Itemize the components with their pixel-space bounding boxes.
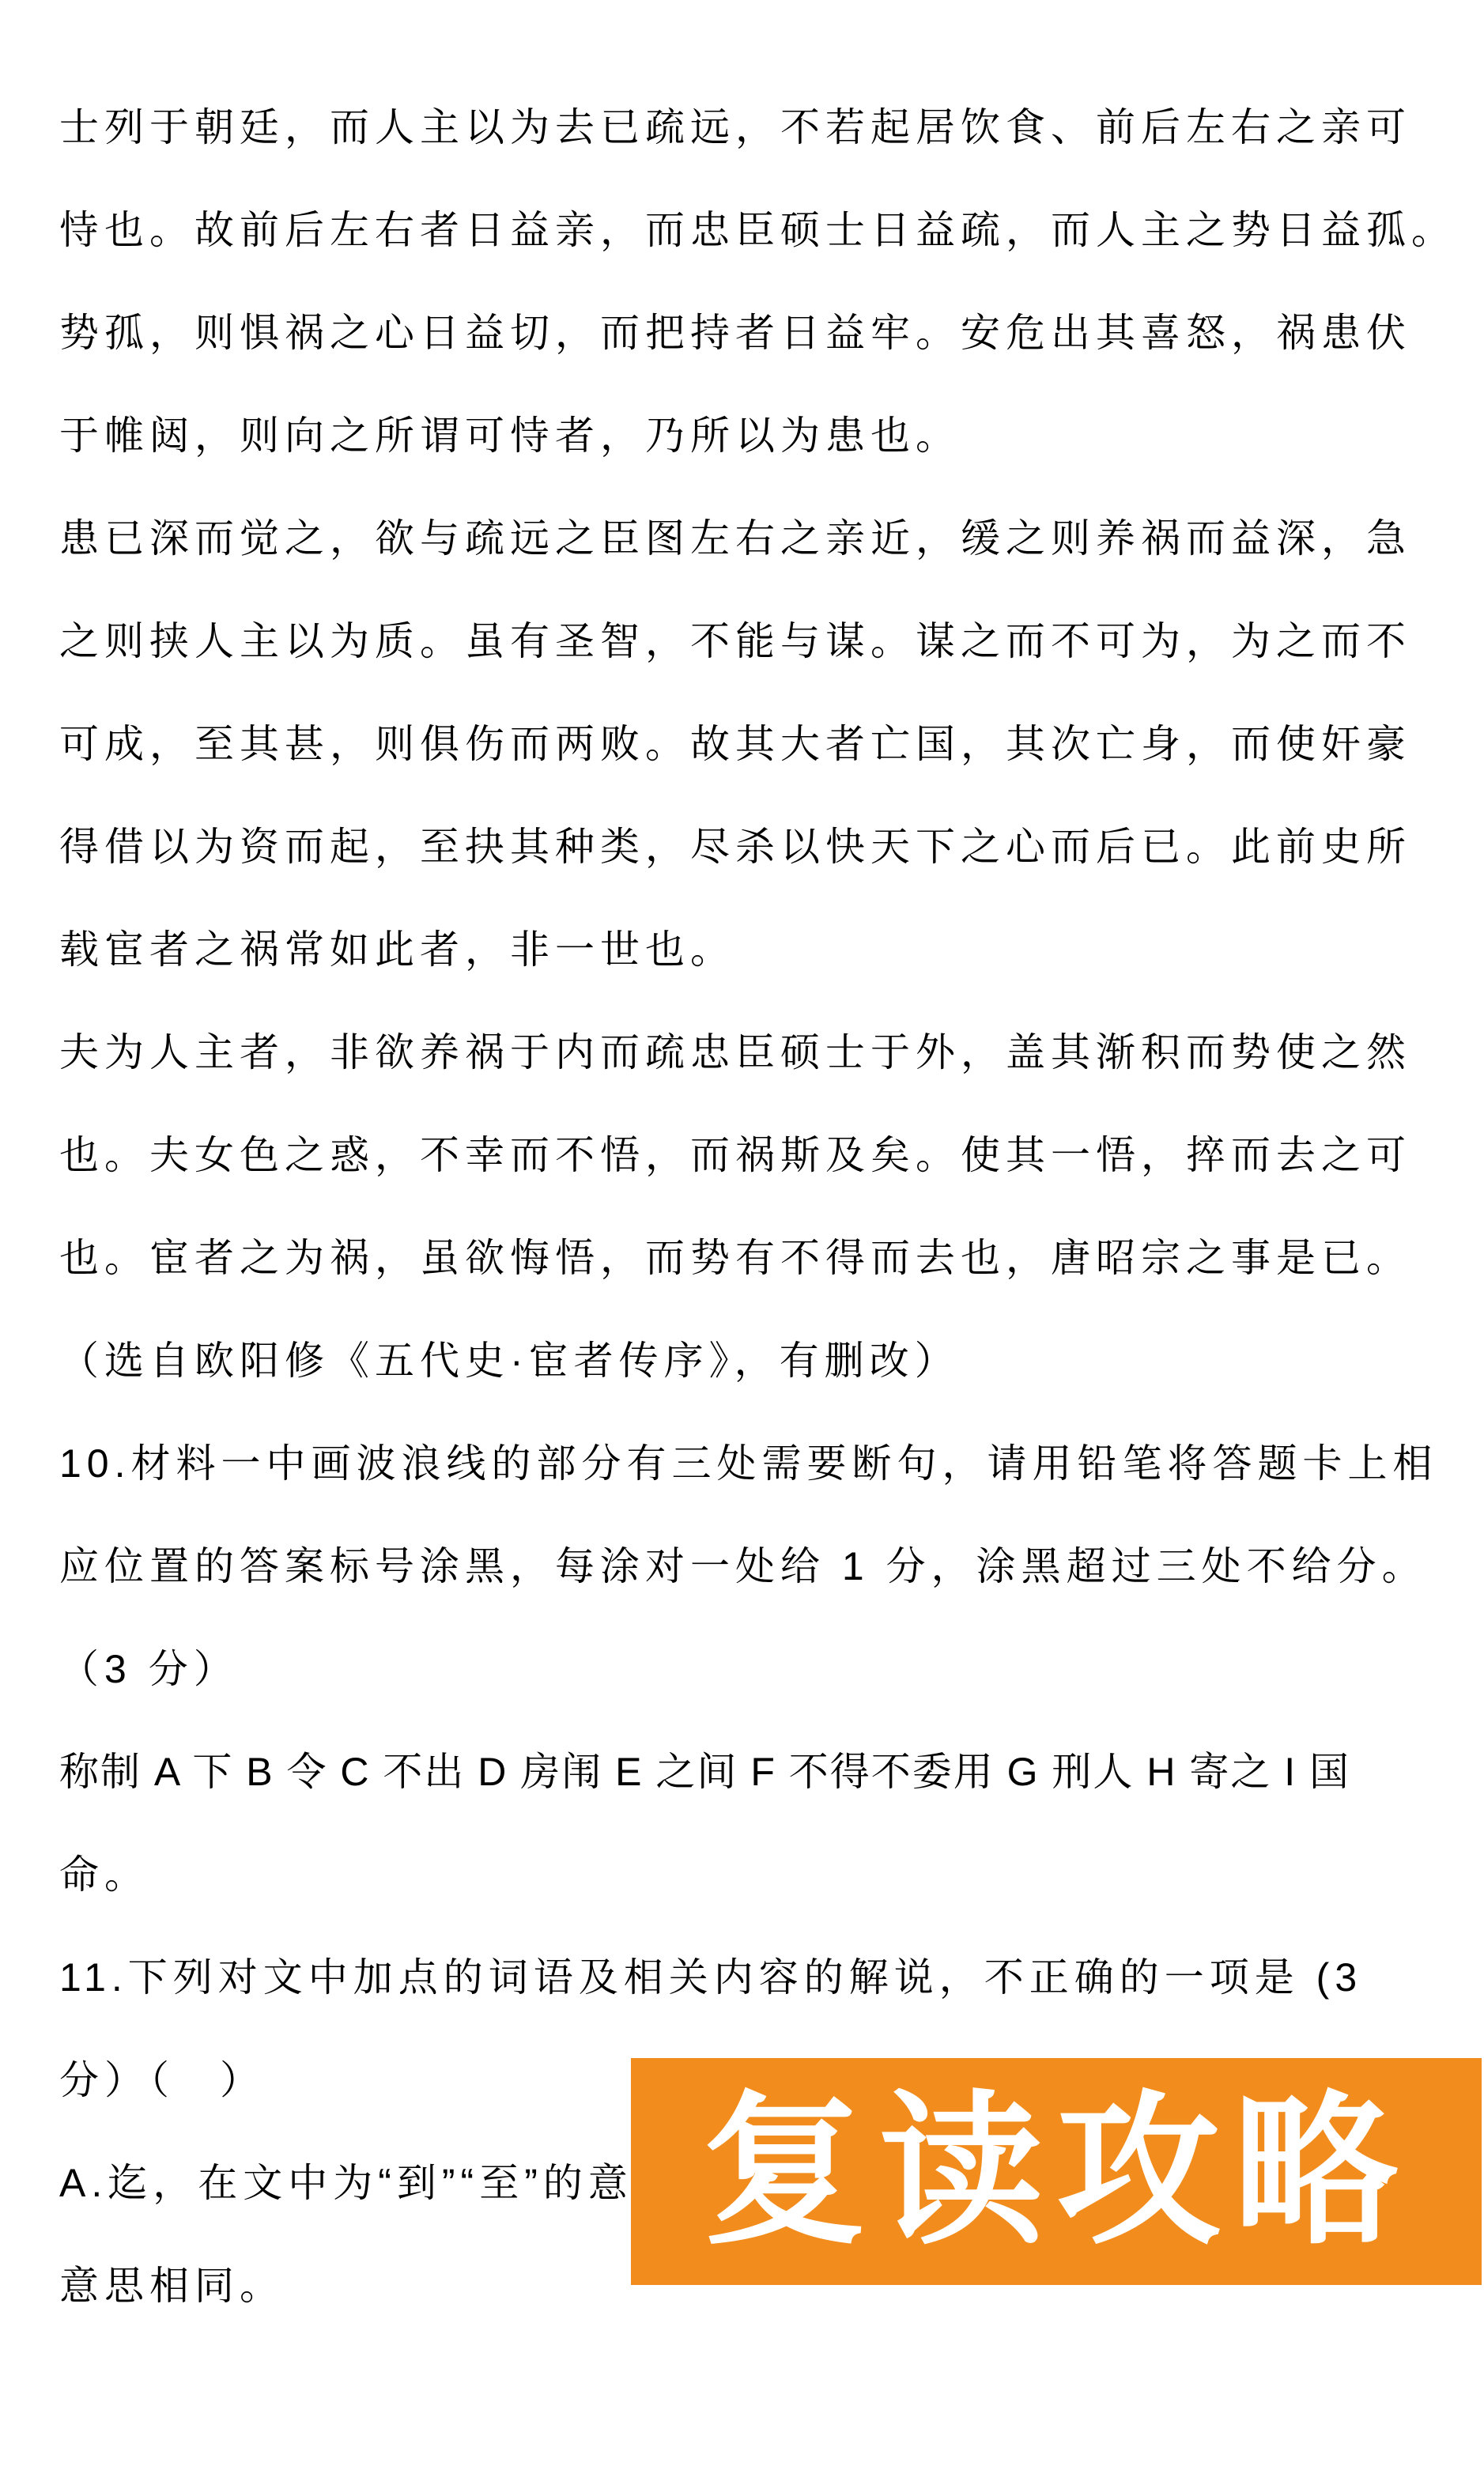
question-11-line: 11.下列对文中加点的词语及相关内容的解说，不正确的一项是 (3 [59, 1926, 1437, 2029]
text-line: 势孤，则惧祸之心日益切，而把持者日益牢。安危出其喜怒，祸患伏 [59, 281, 1437, 384]
text-line: 士列于朝廷，而人主以为去已疏远，不若起居饮食、前后左右之亲可 [59, 76, 1437, 179]
sentence-segmentation-line: 命。 [59, 1823, 1437, 1926]
text-line: 得借以为资而起，至抉其种类，尽杀以快天下之心而后已。此前史所 [59, 795, 1437, 898]
sentence-segmentation-line: 称制 A 下 B 令 C 不出 D 房闱 E 之间 F 不得不委用 G 刑人 H… [59, 1720, 1437, 1823]
promo-banner-label: 复读攻略 [702, 2090, 1410, 2254]
source-note-line: （选自欧阳修《五代史·宦者传序》，有删改） [59, 1309, 1437, 1412]
passage-text-block: 士列于朝廷，而人主以为去已疏远，不若起居饮食、前后左右之亲可 恃也。故前后左右者… [59, 76, 1437, 2337]
question-10-line: （3 分） [59, 1618, 1437, 1720]
text-line: 于帷闼，则向之所谓可恃者，乃所以为患也。 [59, 384, 1437, 487]
question-10-line: 10.材料一中画波浪线的部分有三处需要断句，请用铅笔将答题卡上相 [59, 1412, 1437, 1515]
text-line: 夫为人主者，非欲养祸于内而疏忠臣硕士于外，盖其渐积而势使之然 [59, 1001, 1437, 1104]
exam-page: 士列于朝廷，而人主以为去已疏远，不若起居饮食、前后左右之亲可 恃也。故前后左右者… [0, 0, 1484, 2470]
text-line: 可成，至其甚，则俱伤而两败。故其大者亡国，其次亡身，而使奸豪 [59, 693, 1437, 795]
text-line: 患已深而觉之，欲与疏远之臣图左右之亲近，缓之则养祸而益深，急 [59, 487, 1437, 590]
text-line: 也。夫女色之惑，不幸而不悟，而祸斯及矣。使其一悟，捽而去之可 [59, 1104, 1437, 1207]
text-line: 恃也。故前后左右者日益亲，而忠臣硕士日益疏，而人主之势日益孤。 [59, 179, 1437, 281]
text-line: 之则挟人主以为质。虽有圣智，不能与谋。谋之而不可为，为之而不 [59, 590, 1437, 693]
text-line: 载宦者之祸常如此者，非一世也。 [59, 898, 1437, 1001]
promo-banner: 复读攻略 [631, 2058, 1482, 2285]
question-10-line: 应位置的答案标号涂黑，每涂对一处给 1 分，涂黑超过三处不给分。 [59, 1515, 1437, 1618]
text-line: 也。宦者之为祸，虽欲悔悟，而势有不得而去也，唐昭宗之事是已。 [59, 1207, 1437, 1309]
